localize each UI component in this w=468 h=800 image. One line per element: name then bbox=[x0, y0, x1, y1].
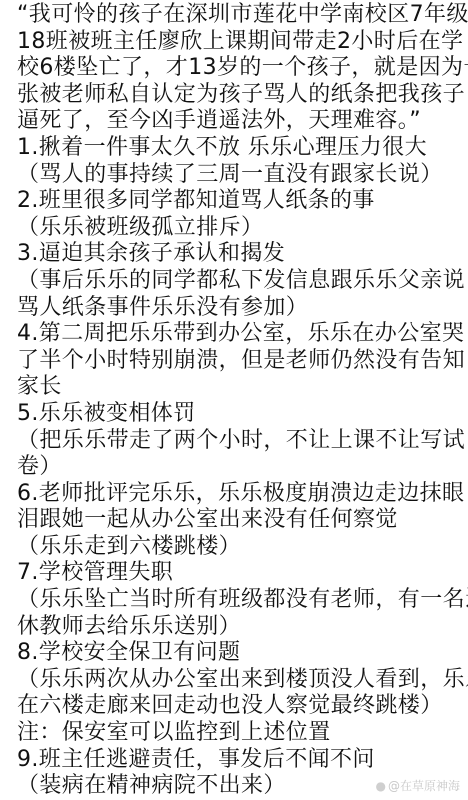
text-line: 5.乐乐被变相体罚 bbox=[17, 401, 457, 428]
text-line: （乐乐坠亡当时所有班级都没有老师，有一名退 bbox=[17, 587, 457, 614]
text-line: （事后乐乐的同学都私下发信息跟乐乐父亲说 bbox=[17, 268, 457, 295]
text-line: （乐乐两次从办公室出来到楼顶没人看到，乐乐 bbox=[17, 667, 457, 694]
text-line: 休教师去给乐乐送别） bbox=[17, 614, 457, 641]
text-line: （骂人的事持续了三周一直没有跟家长说） bbox=[17, 162, 457, 189]
text-line: 6.老师批评完乐乐，乐乐极度崩溃边走边抹眼 bbox=[17, 481, 457, 508]
text-line: 卷） bbox=[17, 454, 457, 481]
text-line: （把乐乐带走了两个小时，不让上课不让写试 bbox=[17, 428, 457, 455]
text-line: 张被老师私自认定为孩子骂人的纸条把我孩子 bbox=[17, 82, 457, 109]
text-line: 3.逼迫其余孩子承认和揭发 bbox=[17, 241, 457, 268]
text-line: “我可怜的孩子在深圳市莲花中学南校区7年级 bbox=[17, 2, 457, 29]
watermark: ● @在草原神海 bbox=[376, 777, 461, 794]
document-text: “我可怜的孩子在深圳市莲花中学南校区7年级 18班被班主任廖欣上课期间带走2小时… bbox=[17, 2, 457, 800]
text-line: （乐乐走到六楼跳楼） bbox=[17, 534, 457, 561]
text-line: 校6楼坠亡了，才13岁的一个孩子，就是因为一 bbox=[17, 55, 457, 82]
text-line: 4.第二周把乐乐带到办公室，乐乐在办公室哭 bbox=[17, 321, 457, 348]
text-line: 18班被班主任廖欣上课期间带走2小时后在学 bbox=[17, 29, 457, 56]
text-line: 家长 bbox=[17, 374, 457, 401]
weibo-icon: ● bbox=[376, 779, 386, 793]
text-line: 逼死了，至今凶手逍遥法外，天理难容。” bbox=[17, 108, 457, 135]
text-line: 骂人纸条事件乐乐没有参加） bbox=[17, 295, 457, 322]
text-line: （乐乐被班级孤立排斥） bbox=[17, 215, 457, 242]
watermark-text: @在草原神海 bbox=[388, 777, 460, 794]
text-line: 了半个小时特别崩溃，但是老师仍然没有告知 bbox=[17, 348, 457, 375]
text-line: 在六楼走廊来回走动也没人察觉最终跳楼） bbox=[17, 693, 457, 720]
text-line: 7.学校管理失职 bbox=[17, 560, 457, 587]
text-line: 8.学校安全保卫有问题 bbox=[17, 640, 457, 667]
text-line: 9.班主任逃避责任，事发后不闻不问 bbox=[17, 747, 457, 774]
text-line: 注：保安室可以监控到上述位置 bbox=[17, 720, 457, 747]
text-line: 2.班里很多同学都知道骂人纸条的事 bbox=[17, 188, 457, 215]
text-line: 泪跟她一起从办公室出来没有任何察觉 bbox=[17, 507, 457, 534]
text-line: 1.揪着一件事太久不放 乐乐心理压力很大 bbox=[17, 135, 457, 162]
